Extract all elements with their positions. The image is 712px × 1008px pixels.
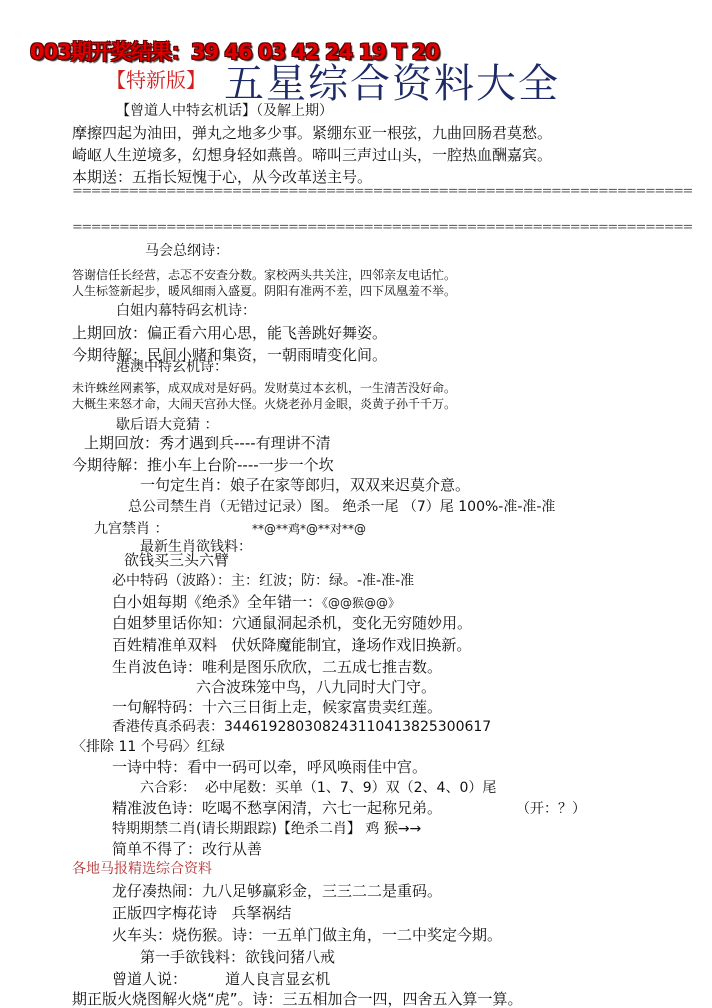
nine-palace-label: 九宫禁肖 ： <box>94 518 168 538</box>
value: 改行从善 <box>202 840 262 858</box>
label: 正版四字梅花诗 <box>112 904 217 922</box>
label: 龙仔凑热闹： <box>112 882 202 900</box>
label: 百姓精准单双料 <box>112 636 217 654</box>
fire-chart-line: 期正版火烧图解火烧“虎”。诗：三五相加合一四，四舍五入算一算。 <box>72 988 523 1008</box>
section-heading-xiehouyu: 歇后语大竞猜 ： <box>116 414 218 434</box>
label: 六合彩： <box>140 780 196 796</box>
value: 推小车上台阶----一步一个坎 <box>147 456 334 474</box>
nine-palace-value: **@**鸡*@**对**@ <box>252 520 366 537</box>
poem-line: 摩擦四起为油田，弹丸之地多少事。紧绷东亚一根弦，九曲回肠君莫愁。 <box>72 122 552 143</box>
value: 看中一码可以牵，呼风唤雨佳中宫。 <box>187 758 427 776</box>
label: 生肖波色诗： <box>112 658 202 676</box>
label: 一句解特码： <box>112 698 202 716</box>
edition-label: 【特新版】 <box>106 64 206 93</box>
value: 欲钱问猪八戒 <box>245 948 335 966</box>
label: 精准波色诗： <box>112 799 202 817</box>
value: 娘子在家等郎归，双双来迟莫介意。 <box>230 476 470 494</box>
label: 上期回放： <box>72 324 147 342</box>
label: 必中特码（波路）： <box>112 573 231 589</box>
label: 白姐梦里话你知： <box>112 614 232 632</box>
section-heading-mahui: 马会总纲诗： <box>145 240 229 260</box>
value: 3446192803082431104138253006​17 <box>224 719 491 735</box>
value: 唯利是图乐欣欣，二五成七推吉数。 <box>202 658 442 676</box>
separator-line: ========================================… <box>72 220 692 235</box>
label: 曾道人说： <box>112 970 187 988</box>
separator-line: ========================================… <box>72 184 692 199</box>
poem-line: 崎岖人生逆境多，幻想身轻如燕兽。啼叫三声过山头，一腔热血酬嘉宾。 <box>72 144 552 165</box>
value: 吃喝不愁享闲清，六七一起称兄弟。 <box>202 799 442 817</box>
value: 偏正看六用心思，能飞善跳好舞姿。 <box>147 324 387 342</box>
label: 上期回放： <box>84 434 159 452</box>
label: 白小姐每期《绝杀》全年错一： <box>112 593 322 611</box>
label: 今期待解： <box>72 456 147 474</box>
section-heading-zeng: 【曾道人中特玄机话】（及解上期） <box>116 100 333 120</box>
company-ban-line: 总公司禁生肖（无错过记录）图。 绝杀一尾 （7）尾 100%-准-准-准 <box>128 496 555 516</box>
value: 主：红波；防：绿。-准-准-准 <box>231 573 414 589</box>
value: 秀才遇到兵----有理讲不清 <box>159 434 331 452</box>
label: 香港传真杀码表： <box>112 719 224 735</box>
value: 穴通鼠洞起杀机，变化无穷随妙用。 <box>232 614 472 632</box>
value: 烧伤猴。诗：一五单门做主角，一二中奖定今期。 <box>172 926 502 944</box>
section-heading-maps: 各地马报精选综合资料 <box>72 858 212 878</box>
ban-two-zodiac: 特期期禁二肖(请长期跟踪)【绝杀二肖】 鸡 猴→→ <box>112 818 421 838</box>
value: 道人良言显玄机 <box>225 970 330 988</box>
value: 兵拏祸结 <box>231 904 291 922</box>
value: 十六三日街上走，候家富贵卖红莲。 <box>202 698 442 716</box>
poem-line: 答谢信任长经营，忐忑不安查分数。家校两头共关注，四邻亲友电话忙。 <box>72 266 456 283</box>
label: 简单不得了： <box>112 840 202 858</box>
latest-zodiac-text: 欲钱买三头六臂 <box>124 549 229 570</box>
section-heading-gangao: 港澳中特玄机诗： <box>116 356 228 376</box>
label: 一诗中特： <box>112 758 187 776</box>
section-heading-baijie: 白姐内幕特码玄机诗： <box>116 300 256 320</box>
value: 伏妖降魔能制宜，逢场作戏旧换新。 <box>231 636 471 654</box>
value: 九八足够赢彩金，三三二二是重码。 <box>202 882 442 900</box>
label: 火车头： <box>112 926 172 944</box>
open-result: （开：？） <box>516 798 586 818</box>
exclude-numbers: 〈排除 11 个号码〉红绿 <box>72 736 225 756</box>
value: 《@@猴@@》 <box>322 596 400 610</box>
label: 一句定生肖： <box>140 476 230 494</box>
zodiac-wave-line2: 六合波珠笼中鸟，八九同时大门守。 <box>196 676 436 697</box>
value: 必中尾数：买单（1、7、9）双（2、4、0）尾 <box>205 780 496 796</box>
poem-line: 未许蛛丝网素筝，成双成对是好码。发财莫过本玄机，一生清苦没好命。 <box>72 379 456 396</box>
poem-line: 人生标签新起步，暖风细雨入盛夏。阴阳有准两不差，四下凤凰羞不举。 <box>72 282 456 299</box>
label: 第一手欲钱料： <box>140 948 245 966</box>
poem-line: 大概生来怒才命，大闹天宫孙大怪。火烧老孙月金眼，炎黄子孙千千万。 <box>72 395 456 412</box>
